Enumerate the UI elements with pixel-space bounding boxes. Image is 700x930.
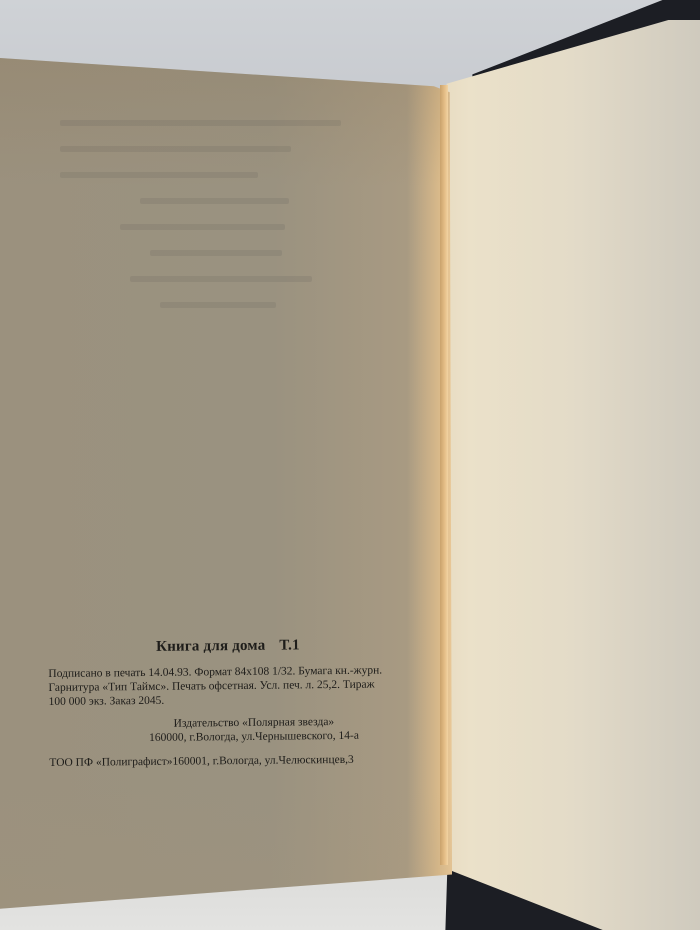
volume-label: Т.1 (279, 637, 300, 653)
print-specs: Подписано в печать 14.04.93. Формат 84х1… (48, 663, 428, 709)
specs-line: 100 000 экз. Заказ 2045. (49, 691, 429, 709)
imprint-block: Книга для домаТ.1 Подписано в печать 14.… (48, 636, 429, 770)
book-title: Книга для домаТ.1 (156, 636, 428, 656)
publisher-address: 160000, г.Вологда, ул.Чернышевского, 14-… (79, 728, 429, 746)
title-text: Книга для дома (156, 638, 265, 655)
book-gutter (440, 85, 448, 865)
publisher-info: Издательство «Полярная звезда» 160000, г… (79, 714, 429, 746)
right-blank-page (444, 20, 700, 930)
show-through-text (60, 120, 390, 580)
